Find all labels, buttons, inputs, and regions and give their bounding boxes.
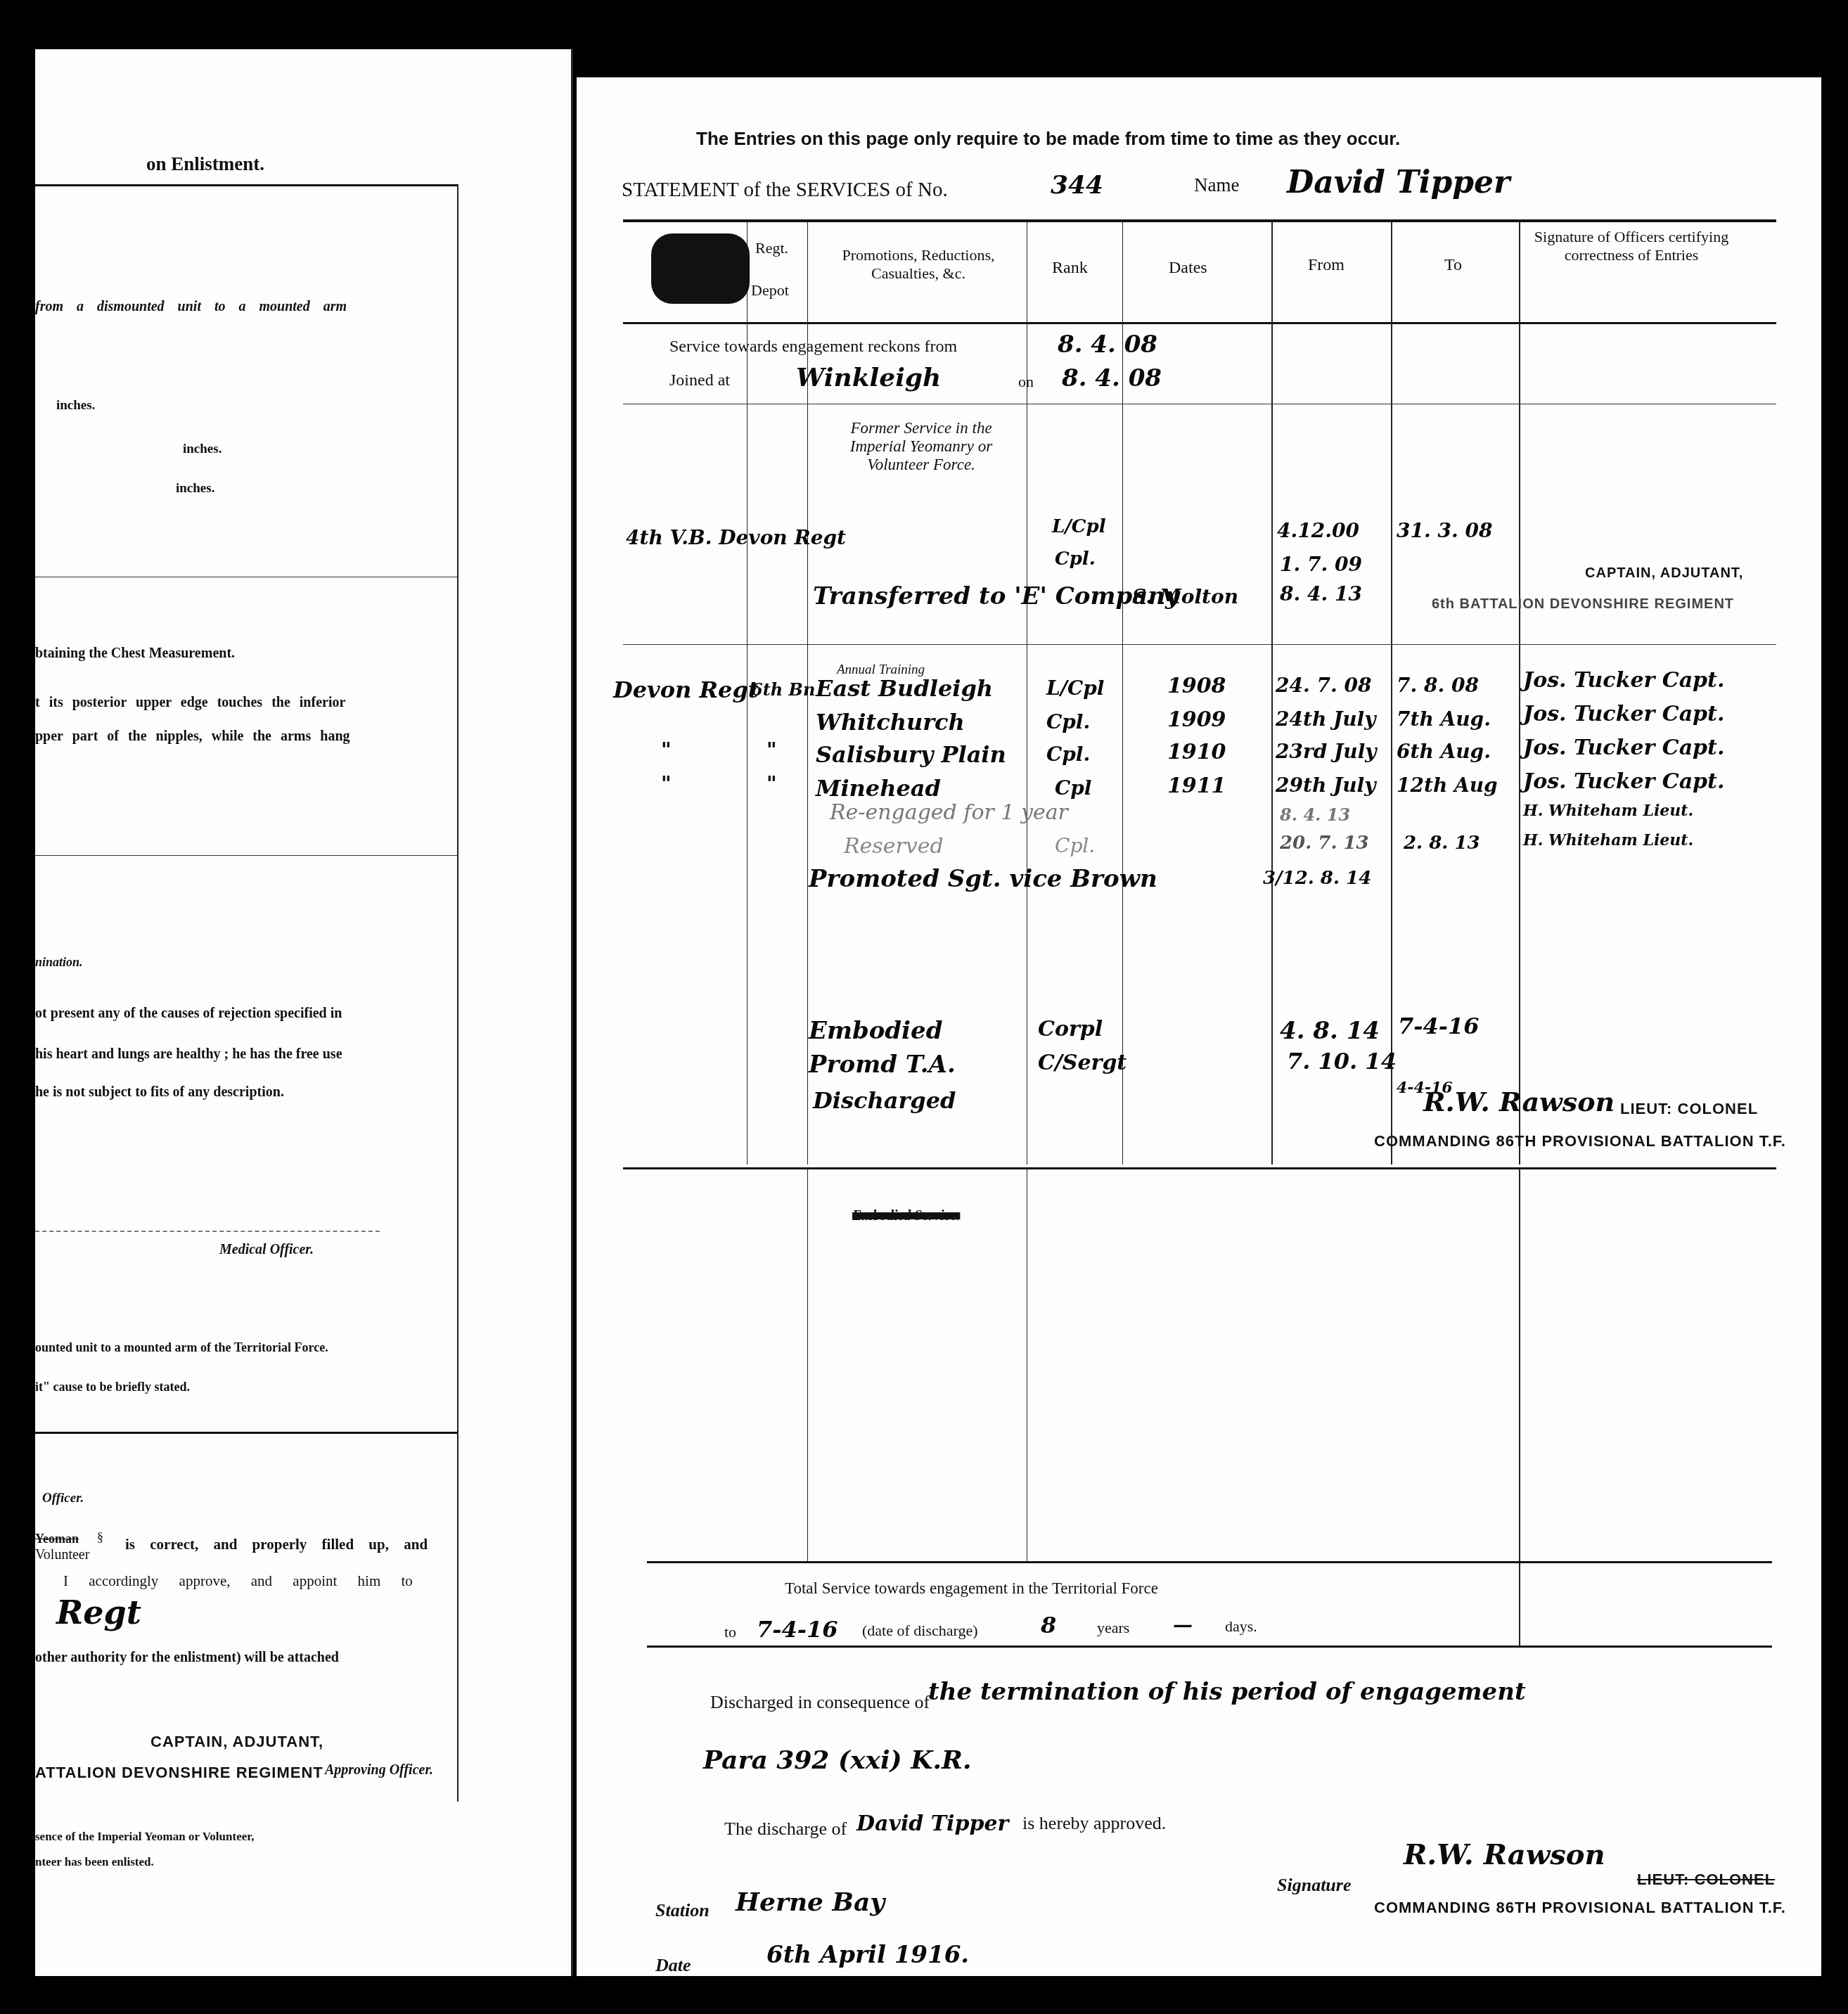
reengaged-officer: H. Whiteham Lieut. [1523, 802, 1693, 820]
column-rule [1027, 222, 1027, 1165]
reserved-from: 20. 7. 13 [1280, 833, 1369, 854]
measure-3: inches. [176, 481, 214, 496]
days-value: — [1173, 1613, 1193, 1636]
measure-2: inches. [183, 442, 222, 457]
ditto-mark: " [766, 772, 777, 795]
reserved-to: 2. 8. 13 [1404, 833, 1480, 854]
co-stamp-2: COMMANDING 86TH PROVISIONAL BATTALION T.… [1374, 1132, 1786, 1150]
header-regt: Regt. [755, 239, 788, 257]
exam-line-2: his heart and lungs are healthy ; he has… [35, 1046, 342, 1063]
training-to: 6th Aug. [1397, 740, 1491, 763]
training-from: 23rd July [1276, 740, 1377, 763]
reserved-officer: H. Whiteham Lieut. [1523, 831, 1693, 849]
approval-line-2: I accordingly approve, and appoint him t… [63, 1572, 413, 1590]
reengaged-from: 8. 4. 13 [1280, 804, 1350, 825]
right-page: The Entries on this page only require to… [577, 49, 1821, 1976]
divider [647, 1561, 1772, 1563]
redaction-blot [651, 233, 750, 304]
joined-label: Joined at [669, 371, 730, 390]
header-dates: Dates [1169, 259, 1207, 278]
header-signature: Signature of Officers certifying correct… [1526, 228, 1737, 264]
discharge-date: 7-4-16 [757, 1616, 838, 1643]
volunteer-word: Volunteer [35, 1547, 89, 1563]
signature-value: R.W. Rawson [1404, 1838, 1605, 1871]
training-to: 7th Aug. [1397, 707, 1491, 731]
struck-yeoman: Yeoman [35, 1532, 79, 1546]
training-officer: Jos. Tucker Capt. [1523, 736, 1724, 760]
divider [623, 1167, 1776, 1169]
ditto-mark: " [661, 772, 672, 795]
divider [35, 855, 457, 856]
approving-officer-label: Approving Officer. [325, 1762, 433, 1778]
header-to: To [1444, 256, 1462, 275]
exam-line-1: ot present any of the causes of rejectio… [35, 1006, 342, 1022]
approval-suffix: is hereby approved. [1022, 1813, 1166, 1834]
years-value: 8 [1041, 1612, 1056, 1638]
embodied-text: Discharged [813, 1087, 956, 1114]
former-rank-2: Cpl. [1055, 549, 1096, 570]
training-officer: Jos. Tucker Capt. [1523, 769, 1724, 794]
years-label: years [1097, 1619, 1129, 1637]
mounted-line-1: ounted unit to a mounted arm of the Terr… [35, 1340, 328, 1355]
joined-place: Winkleigh [796, 363, 941, 392]
discharge-reason-2: Para 392 (xxi) K.R. [703, 1745, 971, 1775]
column-rule [1027, 1169, 1027, 1563]
footer-line-1: sence of the Imperial Yeoman or Voluntee… [35, 1830, 255, 1844]
training-to: 7. 8. 08 [1397, 674, 1479, 697]
former-from-3: 8. 4. 13 [1280, 582, 1362, 605]
left-page: on Enlistment. from a dismounted unit to… [35, 49, 573, 1976]
mounted-line-2: it" cause to be briefly stated. [35, 1380, 190, 1394]
medical-officer-label: Medical Officer. [219, 1242, 314, 1258]
column-rule [1519, 222, 1520, 1165]
training-rank: Cpl. [1046, 743, 1090, 766]
former-from-1: 4.12.00 [1277, 519, 1359, 542]
station-value: Herne Bay [736, 1887, 885, 1917]
exam-line-3: he is not subject to fits of any descrip… [35, 1084, 284, 1101]
adjutant-stamp-1: CAPTAIN, ADJUTANT, [1585, 565, 1743, 582]
adjutant-stamp-2: 6th BATTALION DEVONSHIRE REGIMENT [1432, 596, 1734, 612]
training-from: 29th July [1276, 774, 1376, 797]
divider [623, 404, 1776, 404]
embodied-rank: C/Sergt [1038, 1051, 1127, 1075]
column-rule [1271, 222, 1273, 1165]
enlistment-heading: on Enlistment. [146, 153, 264, 175]
section-mark: § [97, 1530, 103, 1545]
promoted-text: Promoted Sgt. vice Brown [809, 865, 1157, 893]
transfer-place: S. Molton [1132, 585, 1238, 608]
column-rule [807, 1169, 808, 1563]
training-to: 12th Aug [1397, 774, 1498, 797]
training-depot: 6th Bn [751, 679, 815, 700]
reengaged-text: Re-engaged for 1 year [830, 800, 1068, 825]
former-rank-1: L/Cpl [1052, 516, 1106, 537]
name-label: Name [1194, 174, 1239, 196]
column-rule [1391, 222, 1392, 1165]
officer-label: Officer. [42, 1491, 84, 1506]
joined-on-label: on [1018, 373, 1034, 391]
date-label: Date [655, 1955, 691, 1976]
former-to: 31. 3. 08 [1397, 519, 1492, 542]
header-rank: Rank [1052, 259, 1088, 278]
training-from: 24th July [1276, 707, 1376, 731]
training-officer: Jos. Tucker Capt. [1523, 702, 1724, 726]
divider [35, 577, 457, 577]
adjutant-stamp-1: CAPTAIN, ADJUTANT, [150, 1733, 323, 1751]
footer-line-2: nteer has been enlisted. [35, 1855, 154, 1869]
chest-line-1: t its posterior upper edge touches the i… [35, 695, 345, 711]
column-rule [1122, 222, 1123, 1165]
training-place: East Budleigh [816, 675, 993, 702]
total-service-label: Total Service towards engagement in the … [785, 1579, 1158, 1598]
co-signature: R.W. Rawson [1423, 1086, 1615, 1117]
training-year: 1909 [1167, 707, 1226, 732]
training-year: 1910 [1167, 740, 1226, 764]
embodied-rank: Corpl [1038, 1017, 1103, 1041]
table-top-rule [623, 219, 1776, 222]
chest-line-2: pper part of the nipples, while the arms… [35, 729, 350, 745]
exam-heading: nination. [35, 955, 83, 970]
joined-on-value: 8. 4. 08 [1062, 364, 1162, 392]
service-reckons-value: 8. 4. 08 [1058, 331, 1157, 359]
ditto-mark: " [766, 738, 777, 762]
ditto-mark: " [661, 738, 672, 762]
adjutant-stamp-2: ATTALION DEVONSHIRE REGIMENT [35, 1764, 323, 1782]
date-value: 6th April 1916. [766, 1941, 969, 1969]
reserved-text: Reserved [844, 834, 944, 859]
chest-heading: btaining the Chest Measurement. [35, 646, 235, 662]
promoted-from: 3/12. 8. 14 [1263, 868, 1371, 889]
signature-label: Signature [1277, 1875, 1352, 1896]
statement-label: STATEMENT of the SERVICES of No. [622, 179, 948, 202]
to-label: to [724, 1623, 736, 1641]
approval-name: David Tipper [856, 1811, 1008, 1836]
embodied-from: 4. 8. 14 [1280, 1017, 1380, 1045]
training-year: 1911 [1167, 774, 1226, 798]
discharge-reason-1: the termination of his period of engagem… [928, 1678, 1526, 1706]
discharged-label: Discharged in consequence of [710, 1692, 930, 1713]
approval-prefix: The discharge of [724, 1819, 847, 1840]
service-reckons-label: Service towards engagement reckons from [669, 338, 957, 357]
header-from: From [1308, 256, 1345, 275]
training-rank: L/Cpl [1046, 676, 1104, 700]
header-promotions: Promotions, Reductions, Casualties, &c. [813, 246, 1024, 283]
divider [623, 644, 1776, 645]
divider [647, 1646, 1772, 1648]
top-note: The Entries on this page only require to… [696, 128, 1400, 150]
embodied-text: Promd T.A. [809, 1051, 956, 1079]
transferred-note: Transferred to 'E' Company [813, 582, 1179, 610]
approval-line-1: is correct, and properly filled up, and [125, 1536, 428, 1553]
measure-1: inches. [56, 398, 95, 413]
embodied-from: 7. 10. 14 [1287, 1048, 1397, 1075]
training-from: 24. 7. 08 [1276, 674, 1371, 697]
training-regt: Devon Regt [613, 676, 759, 703]
divider [35, 1432, 457, 1434]
appointed-unit: Regt [56, 1593, 141, 1631]
training-place: Whitchurch [816, 709, 965, 736]
authority-line: other authority for the enlistment) will… [35, 1650, 339, 1666]
header-bottom-rule [623, 322, 1776, 324]
service-number: 344 [1051, 170, 1103, 200]
training-place: Minehead [816, 775, 941, 802]
training-rank: Cpl. [1046, 710, 1090, 733]
former-unit: 4th V.B. Devon Regt [626, 526, 846, 549]
column-rule [1519, 1169, 1520, 1647]
former-from-2: 1. 7. 09 [1280, 553, 1362, 576]
co-stamp-1: LIEUT: COLONEL [1620, 1100, 1758, 1118]
date-of-discharge-label: (date of discharge) [862, 1622, 978, 1640]
former-service-heading: Former Service in the Imperial Yeomanry … [823, 419, 1020, 474]
embodied-to: 7-4-16 [1398, 1013, 1480, 1039]
sig-stamp-2: COMMANDING 86TH PROVISIONAL BATTALION T.… [1374, 1899, 1786, 1917]
torn-edge [577, 49, 1821, 77]
soldier-name: David Tipper [1287, 165, 1510, 200]
header-depot: Depot [751, 281, 789, 300]
transfer-note: from a dismounted unit to a mounted arm [35, 299, 347, 315]
embodied-text: Embodied [809, 1017, 942, 1045]
training-year: 1908 [1167, 674, 1226, 698]
station-label: Station [655, 1900, 710, 1921]
training-rank: Cpl [1055, 776, 1092, 800]
divider [35, 184, 457, 186]
struck-heading: Embodied Service. [852, 1208, 960, 1224]
training-officer: Jos. Tucker Capt. [1523, 668, 1724, 693]
days-label: days. [1225, 1617, 1257, 1636]
training-place: Salisbury Plain [816, 741, 1006, 768]
reserved-rank: Cpl. [1055, 834, 1095, 857]
signature-line [35, 1231, 380, 1232]
border [457, 184, 458, 1802]
sig-stamp-1: LIEUT: COLONEL [1637, 1871, 1775, 1889]
